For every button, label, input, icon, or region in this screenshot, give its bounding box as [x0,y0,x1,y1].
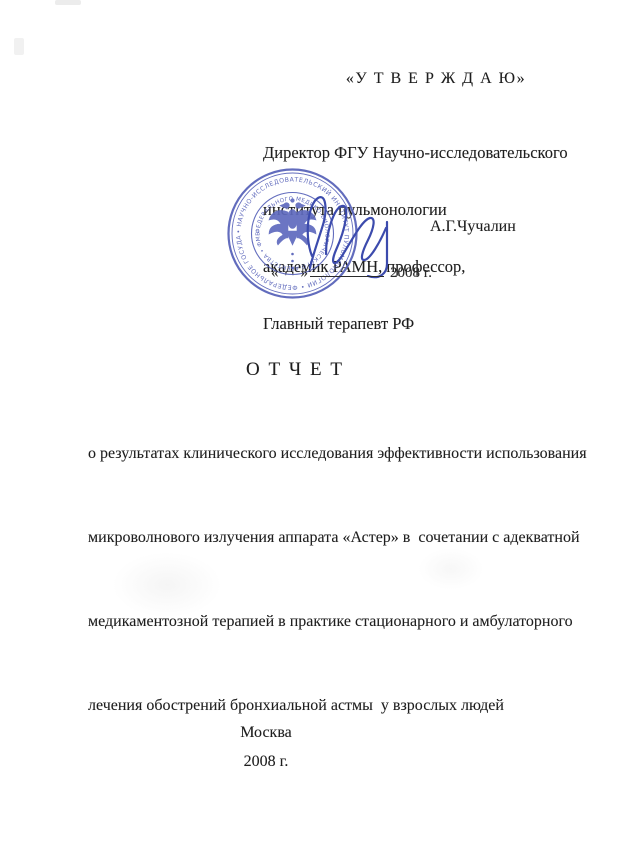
date-year: 2008 г. [390,265,432,282]
subtitle-line: медикаментозной терапией в практике стац… [88,608,568,636]
date-fill-in-line: « » 2008 г. [271,262,432,282]
signatory-name: А.Г.Чучалин [430,218,516,236]
subtitle-line: о результатах клинического исследования … [88,440,568,468]
scan-artifact [55,0,81,5]
footer-block: Москва 2008 г. [160,724,372,771]
scanned-report-title-page: «У Т В Е Р Ж Д А Ю» Директор ФГУ Научно-… [0,0,623,852]
scan-artifact [14,38,24,55]
open-guillemet: « [271,265,279,282]
report-title: О Т Ч Е Т [0,359,590,381]
footer-year: 2008 г. [160,753,372,771]
approval-heading: «У Т В Е Р Ж Д А Ю» [330,70,542,88]
footer-city: Москва [160,724,372,742]
approver-line: Главный терапевт РФ [263,314,583,333]
approver-line: Директор ФГУ Научно-исследовательского [263,143,583,162]
signature-stroke [326,206,386,263]
subtitle-line: лечения обострений бронхиальной астмы у … [88,692,568,720]
report-subtitle: о результатах клинического исследования … [88,384,568,776]
subtitle-line: микроволнового излучения аппарата «Астер… [88,524,568,552]
date-blank-line [310,262,384,277]
close-guillemet: » [301,265,309,282]
signature-stroke [308,197,326,268]
